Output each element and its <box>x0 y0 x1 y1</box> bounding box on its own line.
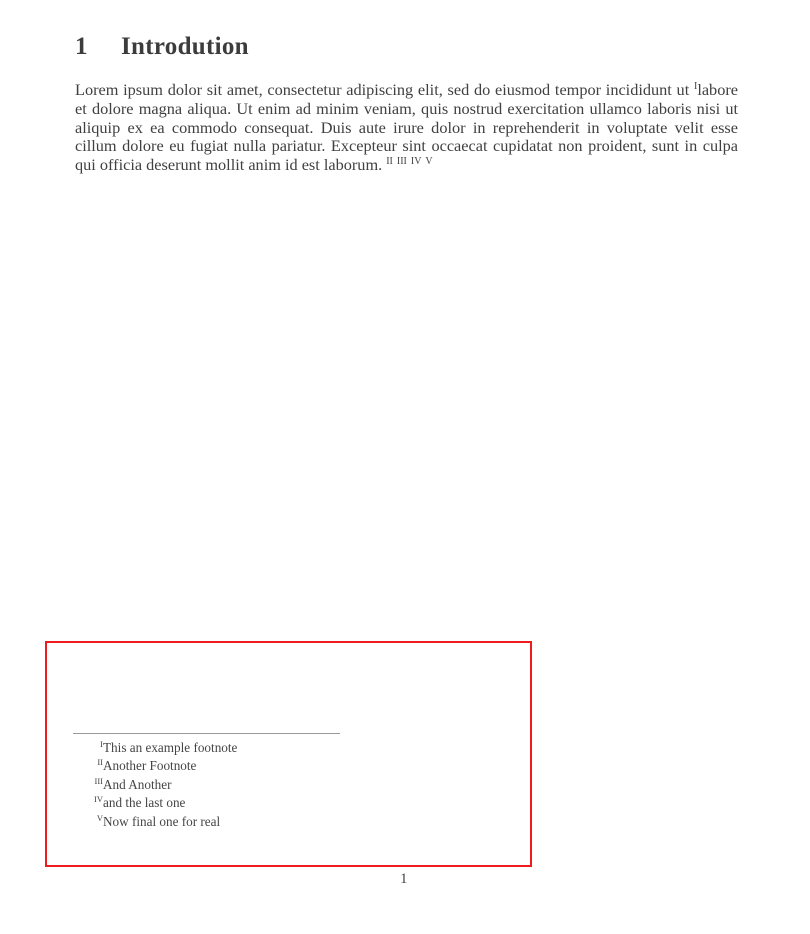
footnote-item: IIAnother Footnote <box>73 757 237 775</box>
footnote-item: IVand the last one <box>73 794 237 812</box>
section-heading: 1Introdution <box>75 33 249 61</box>
footnote-text: Now final one for real <box>103 814 220 829</box>
page-number: 1 <box>400 871 408 888</box>
body-paragraph: Lorem ipsum dolor sit amet, consectetur … <box>75 81 738 175</box>
footnote-mark-5[interactable]: V <box>425 156 432 167</box>
footnote-mark-4[interactable]: IV <box>411 156 422 167</box>
footnote-separator-rule <box>73 733 340 734</box>
paragraph-text-start: Lorem ipsum dolor sit amet, consectetur … <box>75 80 694 99</box>
footnote-mark-2[interactable]: II <box>386 156 393 167</box>
footnote-item: IIIAnd Another <box>73 776 237 794</box>
footnote-list: IThis an example footnote IIAnother Foot… <box>73 739 237 831</box>
footnote-text: And Another <box>103 777 172 792</box>
footnote-item: VNow final one for real <box>73 813 237 831</box>
section-number: 1 <box>75 33 121 61</box>
footnote-text: This an example footnote <box>103 740 237 755</box>
document-page: 1Introdution Lorem ipsum dolor sit amet,… <box>0 0 810 934</box>
footnote-mark-3[interactable]: III <box>397 156 407 167</box>
trailing-footnote-marks: IIIIIIVV <box>382 155 432 174</box>
footnote-text: Another Footnote <box>103 758 196 773</box>
footnote-text: and the last one <box>103 795 185 810</box>
section-title: Introdution <box>121 33 249 60</box>
footnote-item: IThis an example footnote <box>73 739 237 757</box>
